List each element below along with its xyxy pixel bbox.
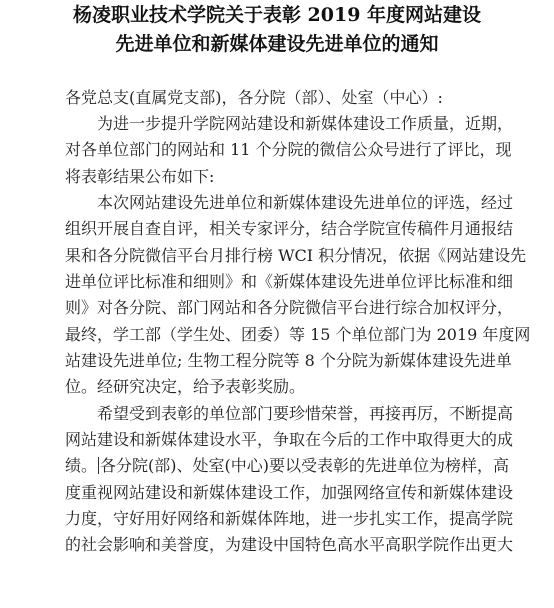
paragraph-2-line: 本次网站建设先进单位和新媒体建设先进单位的评选，经过 — [97, 192, 483, 214]
paragraph-3-line: 网站建设和新媒体建设水平，争取在今后的工作中取得更大的成 — [65, 429, 483, 451]
paragraph-2-line: 组织开展自查自评，相关专家评分，结合学院宣传稿件月通报结 — [65, 218, 483, 240]
paragraph-3-line: 度重视网站建设和新媒体建设工作，加强网络宣传和新媒体建设 — [65, 482, 483, 504]
text-cursor-caret — [98, 457, 99, 474]
salutation: 各党总支(直属党支部)，各分院（部）、处室（中心）: — [65, 87, 483, 109]
paragraph-3-line-rest: 各分院(部)、处室(中心)要以受表彰的先进单位为榜样，高 — [100, 456, 509, 475]
paragraph-2-line: 最终，学工部（学生处、团委）等 15 个单位部门为 2019 年度网 — [65, 324, 483, 346]
document-title-line-1: 杨凌职业技术学院关于表彰 2019 年度网站建设 — [0, 3, 554, 27]
document-title-line-2: 先进单位和新媒体建设先进单位的通知 — [0, 32, 554, 56]
paragraph-2-line: 站建设先进单位; 生物工程分院等 8 个分院为新媒体建设先进单 — [65, 350, 483, 372]
paragraph-3-line-with-caret: 绩。各分院(部)、处室(中心)要以受表彰的先进单位为榜样，高 — [65, 455, 483, 477]
paragraph-2-line: 果和各分院微信平台月排行榜 WCI 积分情况，依据《网站建设先 — [65, 245, 483, 267]
paragraph-3-line: 力度，守好用好网络和新媒体阵地，进一步扎实工作，提高学院 — [65, 508, 483, 530]
paragraph-3-line: 希望受到表彰的单位部门要珍惜荣誉，再接再厉，不断提高 — [97, 403, 483, 425]
paragraph-2-line: 进单位评比标准和细则》和《新媒体建设先进单位评比标准和细 — [65, 271, 483, 293]
paragraph-2-line: 则》对各分院、部门网站和各分院微信平台进行综合加权评分， — [65, 297, 483, 319]
paragraph-2-line: 位。经研究决定，给予表彰奖励。 — [65, 376, 483, 398]
paragraph-1-line: 对各单位部门的网站和 11 个分院的微信公众号进行了评比，现 — [65, 139, 483, 161]
paragraph-1-line: 将表彰结果公布如下: — [65, 166, 483, 188]
paragraph-3-line: 的社会影响和美誉度，为建设中国特色高水平高职学院作出更大 — [65, 534, 483, 556]
paragraph-3-line-start: 绩。 — [65, 456, 97, 475]
paragraph-1-line: 为进一步提升学院网站建设和新媒体建设工作质量，近期， — [97, 113, 483, 135]
